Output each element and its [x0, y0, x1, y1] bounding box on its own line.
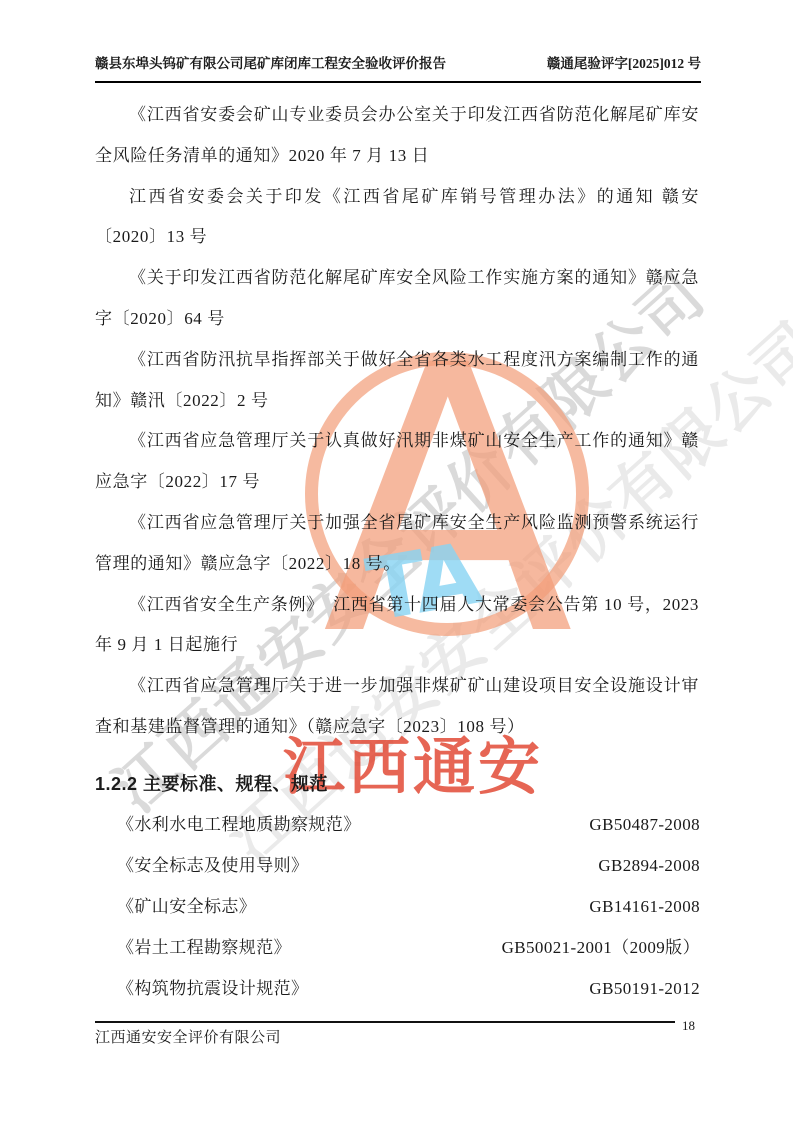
paragraph: 《江西省防汛抗旱指挥部关于做好全省各类水工程度汛方案编制工作的通知》赣汛〔202…	[95, 340, 699, 422]
standard-title: 《安全标志及使用导则》	[95, 846, 308, 887]
page-header: 赣县东埠头钨矿有限公司尾矿库闭库工程安全验收评价报告 赣通尾验评字[2025]0…	[95, 52, 701, 83]
standard-code: GB14161-2008	[589, 887, 700, 928]
standard-code: GB50021-2001（2009版）	[502, 928, 700, 969]
standard-title: 《水利水电工程地质勘察规范》	[95, 805, 361, 846]
header-report-title: 赣县东埠头钨矿有限公司尾矿库闭库工程安全验收评价报告	[95, 52, 446, 72]
standard-title: 《矿山安全标志》	[95, 887, 256, 928]
paragraph: 《江西省安全生产条例》 江西省第十四届人大常委会公告第 10 号，2023 年 …	[95, 585, 699, 667]
standard-row: 《安全标志及使用导则》 GB2894-2008	[95, 846, 700, 887]
body-text: 《江西省安委会矿山专业委员会办公室关于印发江西省防范化解尾矿库安全风险任务清单的…	[95, 95, 699, 748]
standard-code: GB50191-2012	[589, 969, 700, 1010]
paragraph: 《江西省应急管理厅关于进一步加强非煤矿矿山建设项目安全设施设计审查和基建监督管理…	[95, 666, 699, 748]
standard-row: 《水利水电工程地质勘察规范》 GB50487-2008	[95, 805, 700, 846]
section-heading: 1.2.2 主要标准、规程、规范	[95, 770, 328, 796]
standard-title: 《构筑物抗震设计规范》	[95, 969, 308, 1010]
paragraph: 《江西省安委会矿山专业委员会办公室关于印发江西省防范化解尾矿库安全风险任务清单的…	[95, 95, 699, 177]
paragraph: 《关于印发江西省防范化解尾矿库安全风险工作实施方案的通知》赣应急字〔2020〕6…	[95, 258, 699, 340]
standard-title: 《岩土工程勘察规范》	[95, 928, 291, 969]
page-number: 18	[682, 1018, 695, 1034]
paragraph: 《江西省应急管理厅关于认真做好汛期非煤矿山安全生产工作的通知》赣应急字〔2022…	[95, 421, 699, 503]
standard-row: 《岩土工程勘察规范》 GB50021-2001（2009版）	[95, 928, 700, 969]
standard-row: 《矿山安全标志》 GB14161-2008	[95, 887, 700, 928]
footer-company-name: 江西通安安全评价有限公司	[95, 1026, 281, 1047]
document-page: 江西通安安全评价有限公司 江西通安安全评价有限公司 A TA 江西通安 赣县东埠…	[0, 0, 793, 1122]
standard-code: GB50487-2008	[589, 805, 700, 846]
standard-code: GB2894-2008	[598, 846, 700, 887]
header-document-number: 赣通尾验评字[2025]012 号	[547, 52, 701, 72]
standards-list: 《水利水电工程地质勘察规范》 GB50487-2008 《安全标志及使用导则》 …	[95, 805, 700, 1009]
paragraph: 江西省安委会关于印发《江西省尾矿库销号管理办法》的通知 赣安〔2020〕13 号	[95, 177, 699, 259]
standard-row: 《构筑物抗震设计规范》 GB50191-2012	[95, 969, 700, 1010]
paragraph: 《江西省应急管理厅关于加强全省尾矿库安全生产风险监测预警系统运行管理的通知》赣应…	[95, 503, 699, 585]
footer-divider	[95, 1021, 675, 1023]
page-content: 赣县东埠头钨矿有限公司尾矿库闭库工程安全验收评价报告 赣通尾验评字[2025]0…	[0, 0, 793, 1122]
